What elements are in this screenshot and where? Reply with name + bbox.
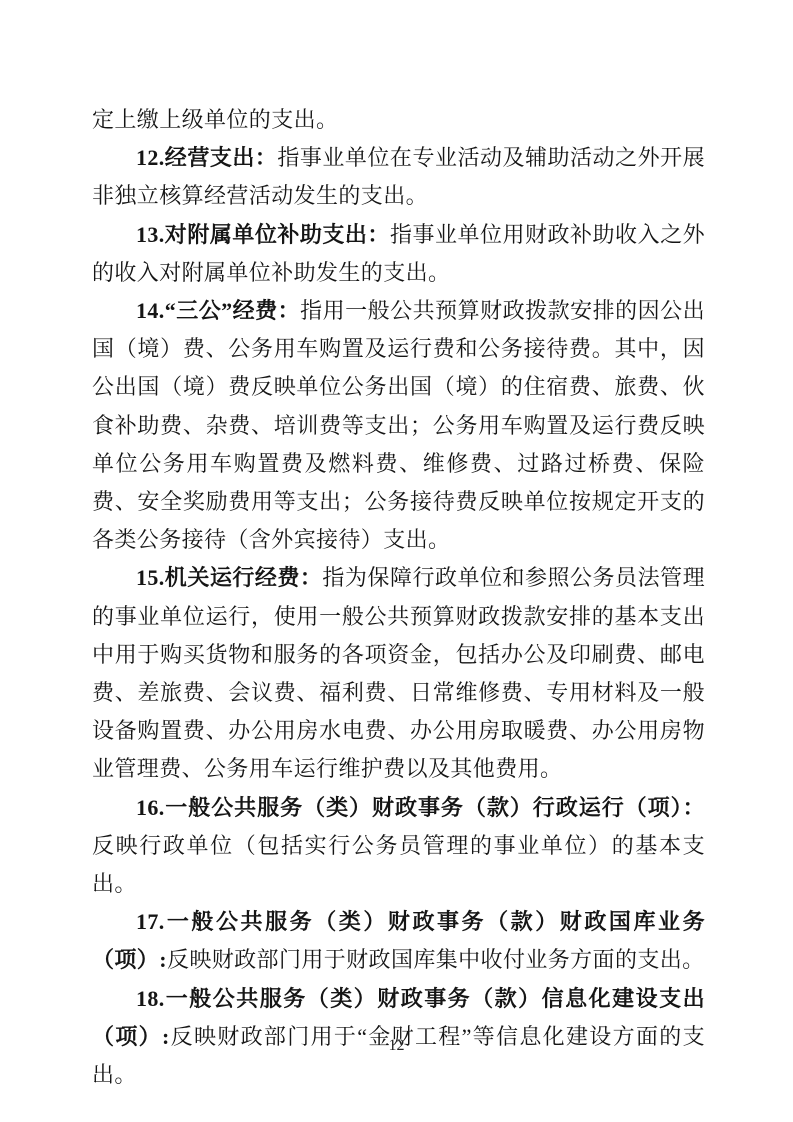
paragraph-label: 13.对附属单位补助支出： [136, 222, 390, 247]
document-body: 定上缴上级单位的支出。12.经营支出：指事业单位在专业活动及辅助活动之外开展非独… [92, 101, 705, 1094]
page-number: 12 [0, 1037, 793, 1055]
paragraph-text: 反映行政单位（包括实行公务员管理的事业单位）的基本支出。 [92, 833, 705, 896]
paragraph: 15.机关运行经费：指为保障行政单位和参照公务员法管理的事业单位运行，使用一般公… [92, 559, 705, 788]
paragraph-text: 反映财政部门用于财政国库集中收付业务方面的支出。 [167, 947, 705, 972]
paragraph-text: 反映财政部门用于“金财工程”等信息化建设方面的支出。 [92, 1024, 705, 1087]
paragraph: 17.一般公共服务（类）财政事务（款）财政国库业务（项）:反映财政部门用于财政国… [92, 903, 705, 979]
paragraph: 定上缴上级单位的支出。 [92, 101, 705, 139]
paragraph-label: 16.一般公共服务（类）财政事务（款）行政运行（项）： [136, 795, 705, 820]
paragraph-text: 指为保障行政单位和参照公务员法管理的事业单位运行，使用一般公共预算财政拨款安排的… [92, 565, 705, 781]
paragraph-text: 指用一般公共预算财政拨款安排的因公出国（境）费、公务用车购置及运行费和公务接待费… [92, 298, 705, 552]
paragraph-label: 14.“三公”经费： [136, 298, 300, 323]
paragraph: 14.“三公”经费：指用一般公共预算财政拨款安排的因公出国（境）费、公务用车购置… [92, 292, 705, 559]
paragraph: 12.经营支出：指事业单位在专业活动及辅助活动之外开展非独立核算经营活动发生的支… [92, 139, 705, 215]
paragraph-text: 定上缴上级单位的支出。 [92, 107, 338, 132]
paragraph: 13.对附属单位补助支出：指事业单位用财政补助收入之外的收入对附属单位补助发生的… [92, 216, 705, 292]
paragraph: 16.一般公共服务（类）财政事务（款）行政运行（项）：反映行政单位（包括实行公务… [92, 789, 705, 904]
paragraph-label: 15.机关运行经费： [136, 565, 322, 590]
paragraph-label: 12.经营支出： [136, 145, 277, 170]
document-page: 定上缴上级单位的支出。12.经营支出：指事业单位在专业活动及辅助活动之外开展非独… [0, 0, 793, 1122]
